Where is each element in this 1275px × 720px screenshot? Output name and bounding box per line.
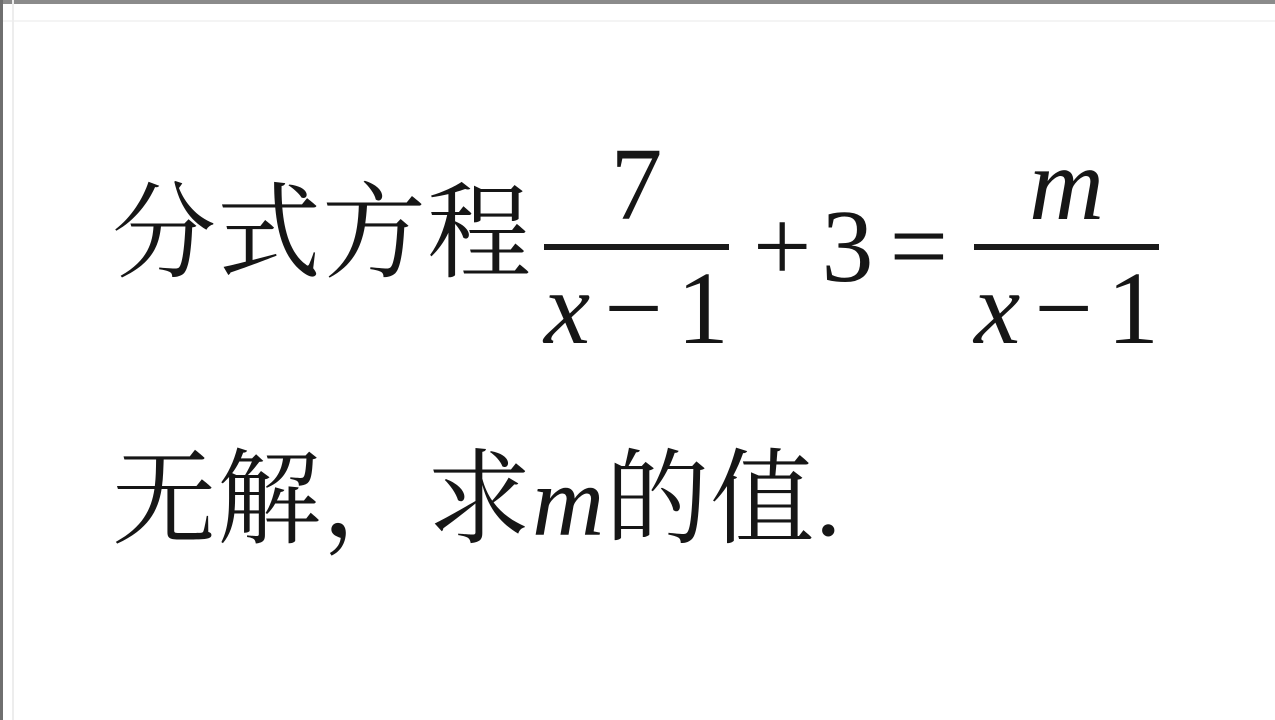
fraction1-denominator: x − 1 (544, 250, 729, 362)
conclusion-line: 无解，求m的值. (112, 444, 1163, 558)
fraction1-den-variable: x (544, 256, 590, 362)
fraction2-den-constant: 1 (1107, 256, 1159, 362)
conclusion-text-part1: 无解，求 (112, 443, 532, 558)
fraction2-denominator: x − 1 (974, 250, 1159, 362)
fraction1-den-constant: 1 (677, 256, 729, 362)
plus-operator: + (753, 195, 812, 299)
left-frame-line (0, 0, 3, 720)
top-frame-line (0, 0, 1275, 4)
conclusion-variable-m: m (532, 446, 605, 557)
math-problem-page: 分式方程 7 x − 1 + 3 = m x − 1 (0, 0, 1275, 720)
fraction1-numerator: 7 (610, 132, 662, 244)
problem-content: 分式方程 7 x − 1 + 3 = m x − 1 (112, 132, 1163, 559)
fraction2-den-minus-sign: − (1034, 256, 1093, 362)
conclusion-text-part2: 的值. (605, 443, 842, 558)
top-faint-line (0, 20, 1275, 22)
left-faint-line (12, 0, 14, 720)
addend-constant: 3 (822, 195, 874, 299)
fraction1-den-minus-sign: − (604, 256, 663, 362)
equation-line: 分式方程 7 x − 1 + 3 = m x − 1 (112, 132, 1163, 362)
fraction2-den-variable: x (974, 256, 1020, 362)
problem-prefix-text: 分式方程 (112, 178, 532, 292)
equals-sign: = (890, 195, 949, 299)
fraction-m-over-x-minus-1: m x − 1 (970, 132, 1163, 362)
fraction-7-over-x-minus-1: 7 x − 1 (540, 132, 733, 362)
fraction2-numerator: m (1029, 132, 1104, 244)
